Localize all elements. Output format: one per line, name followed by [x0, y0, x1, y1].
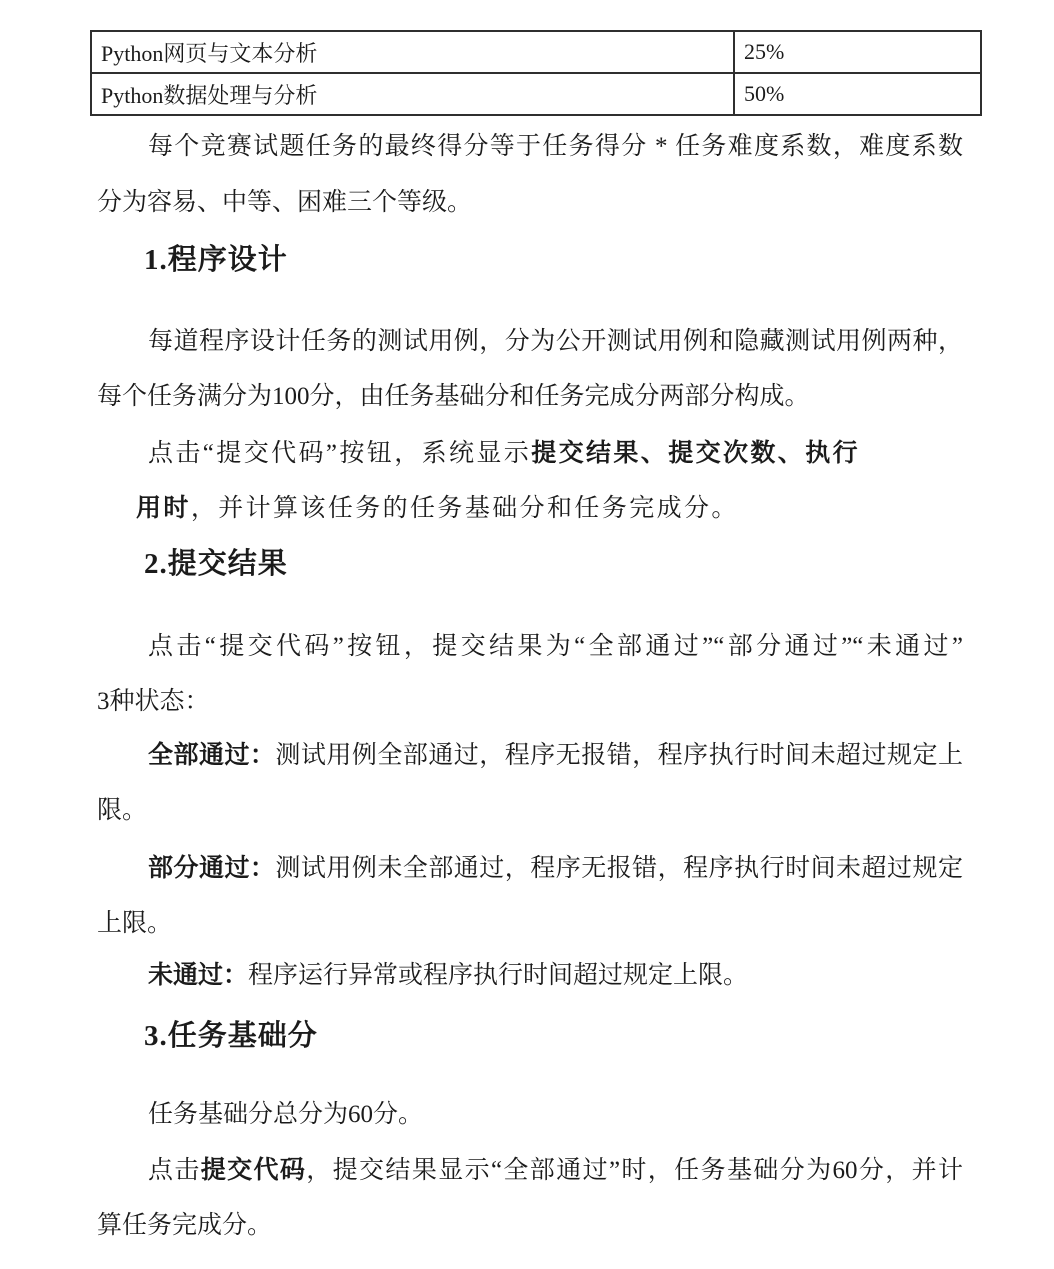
text-run: 测试用例全部通过，程序无报错，程序执行时间未超过规定上 — [275, 742, 963, 769]
text-run: ，提交结果显示“全部通过”时，任务基础分为60分，并计 — [306, 1157, 963, 1184]
text-run: 测试用例未全部通过，程序无报错，程序执行时间未超过规定 — [275, 855, 963, 882]
section-3-heading: 3.任务基础分 — [144, 1018, 318, 1054]
text-run: 程序运行异常或程序执行时间超过规定上限。 — [248, 962, 748, 989]
section-1-heading: 1.程序设计 — [144, 242, 288, 278]
bold-term: 全部通过： — [148, 742, 275, 769]
bold-text-run: 提交结果、提交次数、执行 — [531, 440, 860, 467]
not-pass-line: 未通过：程序运行异常或程序执行时间超过规定上限。 — [148, 959, 748, 992]
document-page: Python网页与文本分析 25% Python数据处理与分析 50% 每个竞赛… — [0, 0, 1054, 1269]
table-row: Python网页与文本分析 25% — [91, 31, 981, 73]
states-line-1: 点击“提交代码”按钮，提交结果为“全部通过”“部分通过”“未通过” — [148, 630, 963, 663]
all-pass-line-1: 全部通过：测试用例全部通过，程序无报错，程序执行时间未超过规定上 — [148, 739, 963, 772]
all-pass-line-2: 限。 — [97, 794, 147, 827]
bold-text-run: 用时 — [136, 495, 191, 522]
intro-line-2: 分为容易、中等、困难三个等级。 — [97, 186, 472, 219]
base-score-rule-line-2: 算任务完成分。 — [97, 1209, 272, 1242]
bold-text-run: 提交代码 — [201, 1157, 307, 1184]
text-run: ，并计算该任务的任务基础分和任务完成分。 — [191, 495, 739, 522]
intro-line-1: 每个竞赛试题任务的最终得分等于任务得分 * 任务难度系数，难度系数 — [148, 130, 963, 163]
text-run: 点击“提交代码”按钮，系统显示 — [148, 440, 531, 467]
submit-display-line-1: 点击“提交代码”按钮，系统显示提交结果、提交次数、执行 — [148, 437, 860, 470]
module-weight-cell: 50% — [734, 73, 981, 115]
module-weight-table: Python网页与文本分析 25% Python数据处理与分析 50% — [90, 30, 982, 116]
submit-display-line-2: 用时，并计算该任务的任务基础分和任务完成分。 — [136, 492, 739, 525]
base-score-rule-line-1: 点击提交代码，提交结果显示“全部通过”时，任务基础分为60分，并计 — [148, 1154, 963, 1187]
base-score-total-line: 任务基础分总分为60分。 — [148, 1098, 423, 1131]
testcases-line-1: 每道程序设计任务的测试用例，分为公开测试用例和隐藏测试用例两种， — [148, 325, 963, 358]
module-weight-cell: 25% — [734, 31, 981, 73]
testcases-line-2: 每个任务满分为100分，由任务基础分和任务完成分两部分构成。 — [97, 380, 810, 413]
partial-pass-line-1: 部分通过：测试用例未全部通过，程序无报错，程序执行时间未超过规定 — [148, 852, 963, 885]
bold-term: 未通过： — [148, 962, 248, 989]
states-line-2: 3种状态： — [97, 685, 210, 718]
table-row: Python数据处理与分析 50% — [91, 73, 981, 115]
partial-pass-line-2: 上限。 — [97, 907, 172, 940]
text-run: 点击 — [148, 1157, 201, 1184]
module-name-cell: Python网页与文本分析 — [91, 31, 734, 73]
section-2-heading: 2.提交结果 — [144, 546, 288, 582]
module-name-cell: Python数据处理与分析 — [91, 73, 734, 115]
bold-term: 部分通过： — [148, 855, 275, 882]
